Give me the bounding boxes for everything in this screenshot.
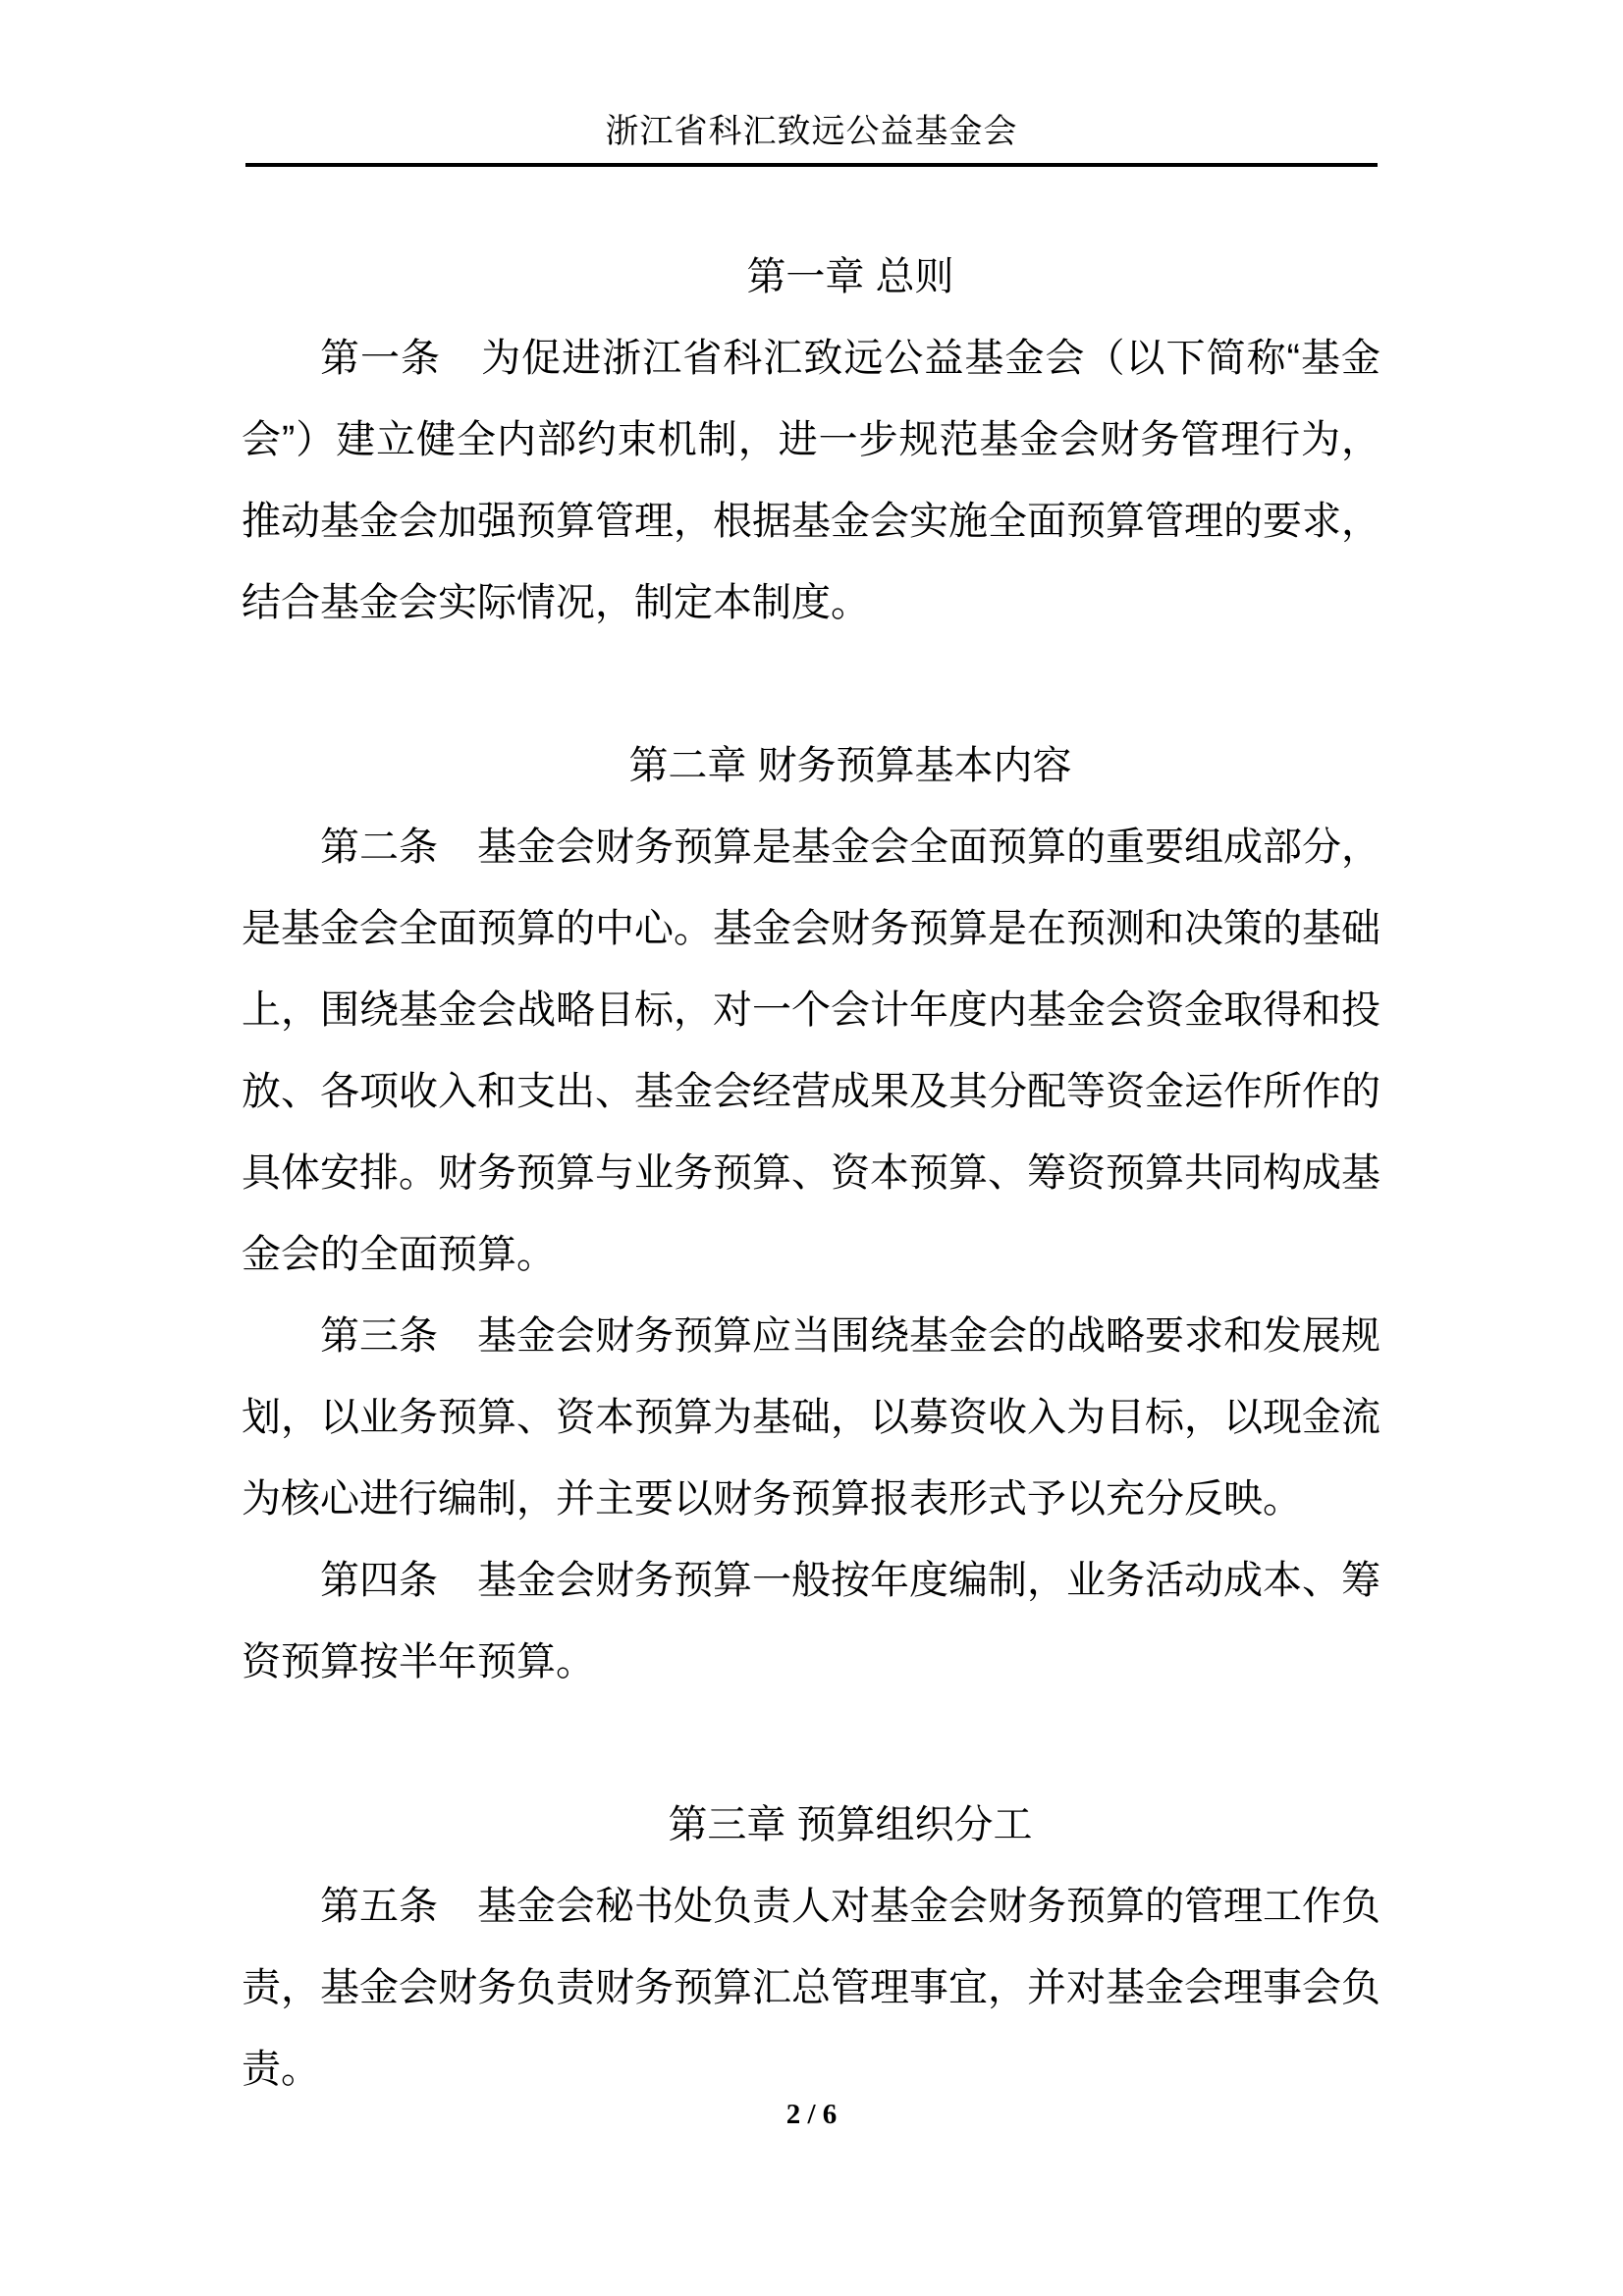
document-body: 第一章 总则 第一条 为促进浙江省科汇致远公益基金会（以下简称“基金会”）建立健…	[242, 237, 1380, 2110]
article-paragraph: 第二条 基金会财务预算是基金会全面预算的重要组成部分，是基金会全面预算的中心。基…	[242, 807, 1380, 1296]
document-page: 浙江省科汇致远公益基金会 第一章 总则 第一条 为促进浙江省科汇致远公益基金会（…	[0, 0, 1623, 2296]
article-paragraph: 第五条 基金会秘书处负责人对基金会财务预算的管理工作负责，基金会财务负责财务预算…	[242, 1866, 1380, 2110]
page-header-title: 浙江省科汇致远公益基金会	[245, 106, 1378, 157]
article-paragraph: 第一条 为促进浙江省科汇致远公益基金会（以下简称“基金会”）建立健全内部约束机制…	[242, 318, 1380, 644]
article-paragraph: 第三条 基金会财务预算应当围绕基金会的战略要求和发展规划，以业务预算、资本预算为…	[242, 1296, 1380, 1540]
chapter-heading-1: 第一章 总则	[242, 237, 1380, 318]
header-divider	[245, 163, 1378, 167]
article-paragraph: 第四条 基金会财务预算一般按年度编制，业务活动成本、筹资预算按半年预算。	[242, 1540, 1380, 1703]
chapter-heading-2: 第二章 财务预算基本内容	[242, 725, 1380, 807]
page-footer: 2 / 6	[0, 2095, 1623, 2134]
page-number: 2 / 6	[786, 2099, 838, 2130]
chapter-heading-3: 第三章 预算组织分工	[242, 1785, 1380, 1866]
